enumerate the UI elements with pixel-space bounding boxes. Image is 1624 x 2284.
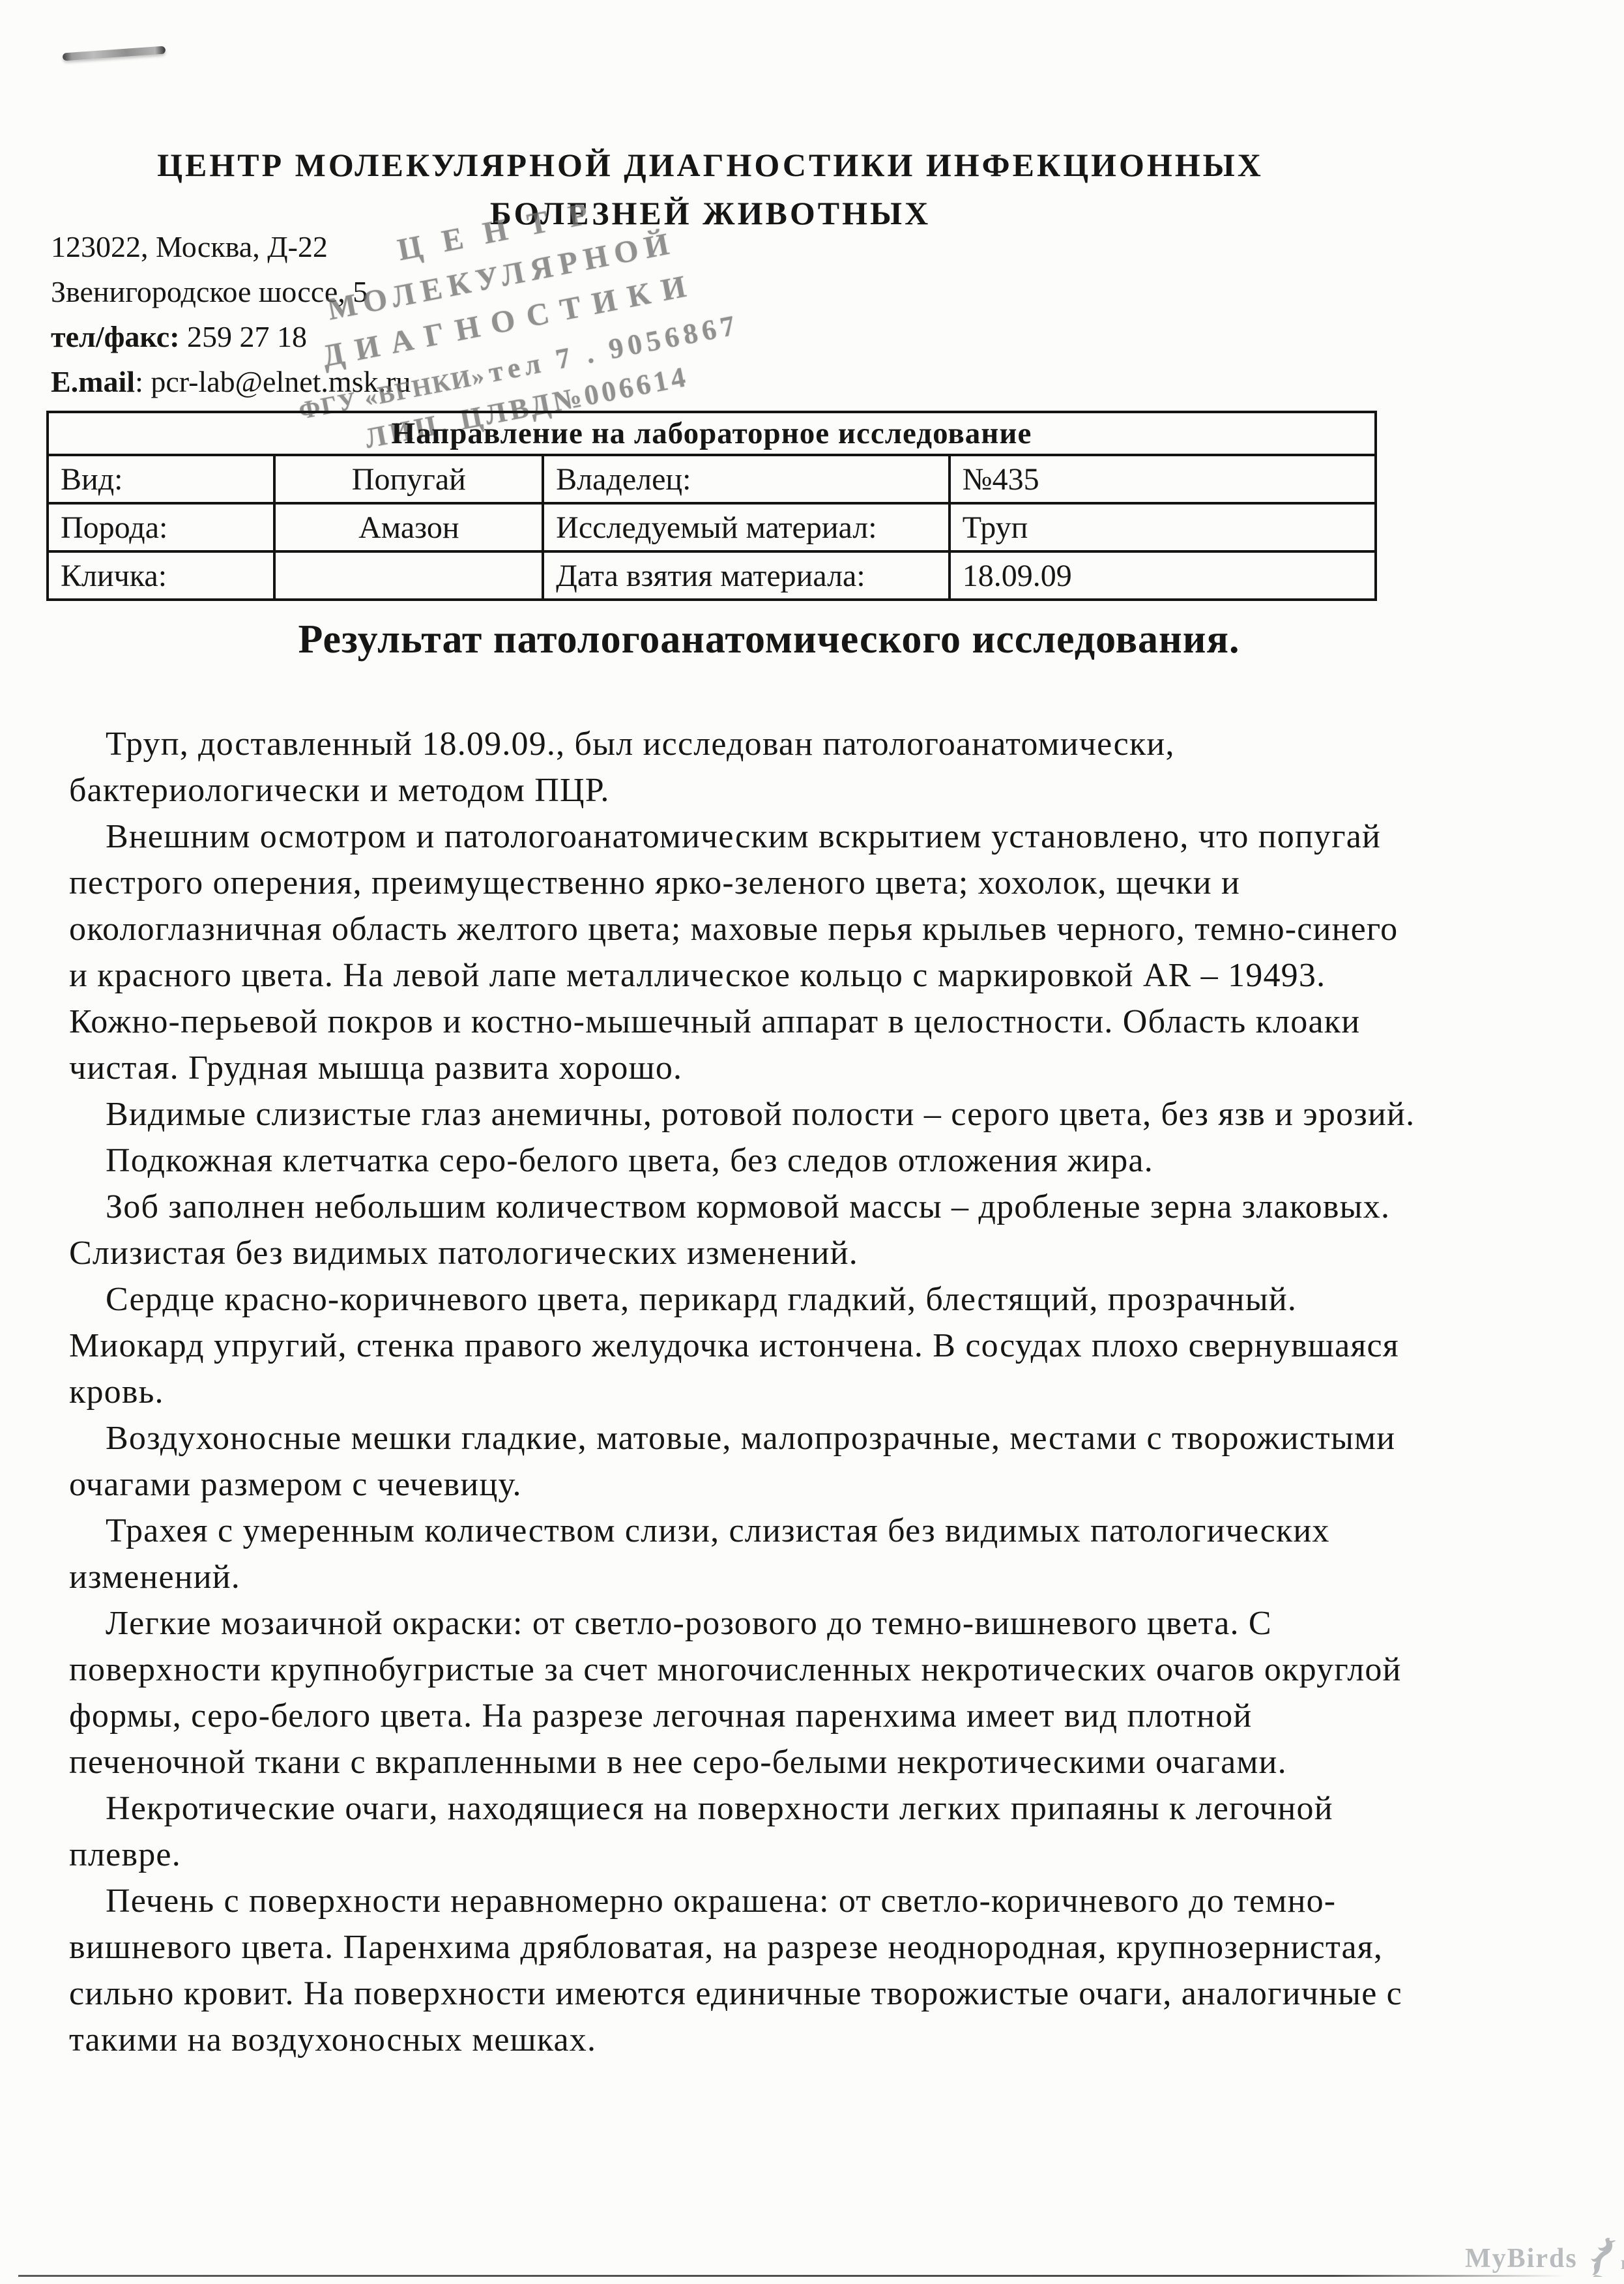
report-paragraph: Подкожная клетчатка серо-белого цвета, б… [69, 1137, 1421, 1184]
watermark-suffix: ru [1621, 2249, 1624, 2277]
referral-table-title: Направление на лабораторное исследование [48, 412, 1376, 455]
report-paragraph: Зоб заполнен небольшим количеством кормо… [69, 1184, 1421, 1276]
cell-name-value [274, 551, 543, 600]
cell-species-label: Вид: [48, 455, 274, 503]
staple-artifact [63, 46, 166, 61]
cell-name-label: Кличка: [48, 551, 274, 600]
report-paragraph: Воздухоносные мешки гладкие, матовые, ма… [69, 1415, 1421, 1508]
bird-icon [1582, 2237, 1619, 2277]
report-title: Результат патологоанатомического исследо… [130, 617, 1408, 663]
cell-owner-value: №435 [950, 455, 1376, 503]
cell-breed-label: Порода: [48, 503, 274, 551]
cell-species-value: Попугай [274, 455, 543, 503]
mybirds-watermark: MyBirds ru [1465, 2237, 1624, 2277]
report-paragraph: Печень с поверхности неравномерно окраше… [69, 1878, 1421, 2063]
watermark-text: MyBirds [1465, 2240, 1578, 2277]
referral-table-header-row: Направление на лабораторное исследование [48, 412, 1376, 455]
report-paragraph: Некротические очаги, находящиеся на пове… [69, 1785, 1421, 1878]
table-row: Вид: Попугай Владелец: №435 [48, 455, 1376, 503]
cell-material-label: Исследуемый материал: [543, 503, 950, 551]
cell-owner-label: Владелец: [543, 455, 950, 503]
report-paragraph: Легкие мозаичной окраски: от светло-розо… [69, 1600, 1421, 1785]
cell-date-value: 18.09.09 [950, 551, 1376, 600]
table-row: Кличка: Дата взятия материала: 18.09.09 [48, 551, 1376, 600]
report-body: Труп, доставленный 18.09.09., был исслед… [69, 721, 1421, 2063]
report-paragraph: Внешним осмотром и патологоанатомическим… [69, 813, 1421, 1091]
scan-edge-line [18, 2275, 1565, 2277]
report-paragraph: Труп, доставленный 18.09.09., был исслед… [69, 721, 1421, 813]
cell-date-label: Дата взятия материала: [543, 551, 950, 600]
report-paragraph: Сердце красно-коричневого цвета, перикар… [69, 1276, 1421, 1415]
email-label: E.mail [51, 365, 135, 398]
phone-label: тел/факс: [51, 320, 180, 353]
cell-material-value: Труп [950, 503, 1376, 551]
cell-breed-value: Амазон [274, 503, 543, 551]
referral-table: Направление на лабораторное исследование… [46, 411, 1377, 601]
scanned-document-page: ЦЕНТР МОЛЕКУЛЯРНОЙ ДИАГНОСТИКИ ИНФЕКЦИОН… [0, 0, 1624, 2284]
report-paragraph: Трахея с умеренным количеством слизи, сл… [69, 1508, 1421, 1600]
table-row: Порода: Амазон Исследуемый материал: Тру… [48, 503, 1376, 551]
report-paragraph: Видимые слизистые глаз анемичны, ротовой… [69, 1091, 1421, 1137]
